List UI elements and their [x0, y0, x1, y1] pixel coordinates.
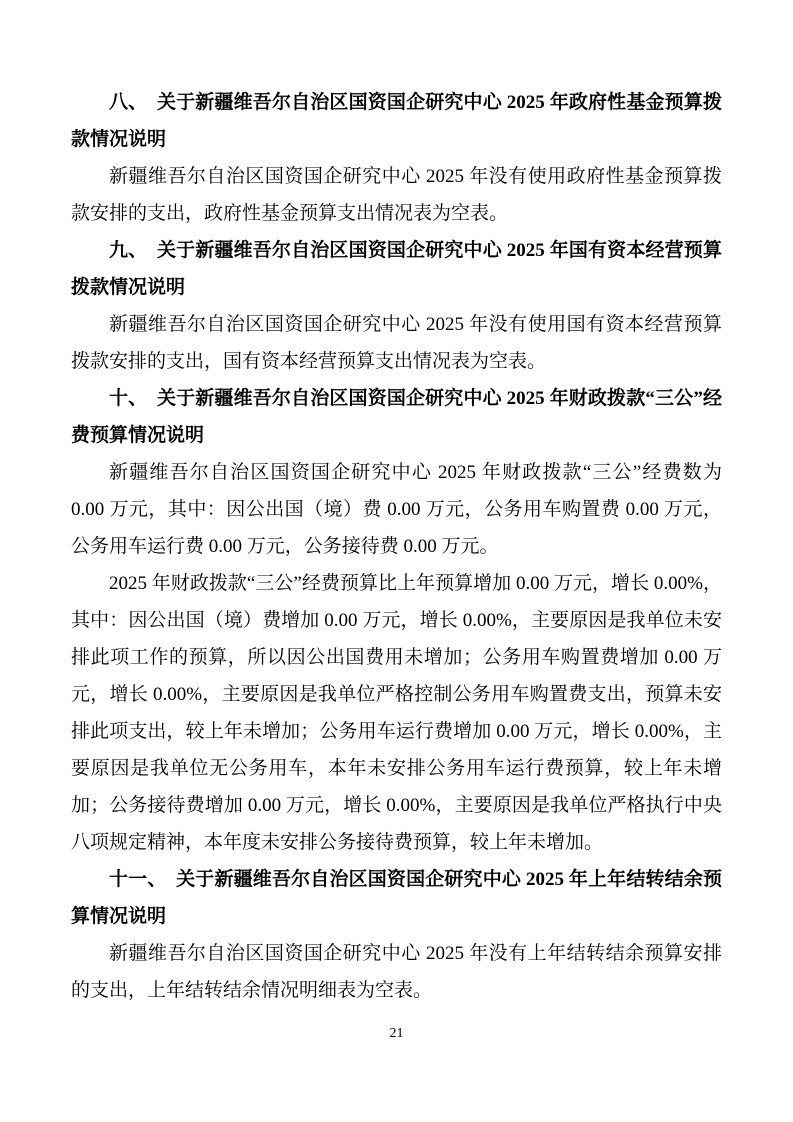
- section-4-heading: 十一、 关于新疆维吾尔自治区国资国企研究中心 2025 年上年结转结余预算情况说…: [71, 861, 722, 935]
- document-page: 八、 关于新疆维吾尔自治区国资国企研究中心 2025 年政府性基金预算拨款情况说…: [0, 0, 793, 1122]
- section-2-paragraph-1: 新疆维吾尔自治区国资国企研究中心 2025 年没有使用国有资本经营预算拨款安排的…: [71, 306, 722, 380]
- section-1-heading: 八、 关于新疆维吾尔自治区国资国企研究中心 2025 年政府性基金预算拨款情况说…: [71, 84, 722, 158]
- section-3-paragraph-1: 新疆维吾尔自治区国资国企研究中心 2025 年财政拨款“三公”经费数为 0.00…: [71, 454, 722, 565]
- section-3-heading: 十、 关于新疆维吾尔自治区国资国企研究中心 2025 年财政拨款“三公”经费预算…: [71, 380, 722, 454]
- section-1-paragraph-1: 新疆维吾尔自治区国资国企研究中心 2025 年没有使用政府性基金预算拨款安排的支…: [71, 158, 722, 232]
- page-number: 21: [0, 1022, 793, 1046]
- section-2-heading: 九、 关于新疆维吾尔自治区国资国企研究中心 2025 年国有资本经营预算拨款情况…: [71, 232, 722, 306]
- document-body: 八、 关于新疆维吾尔自治区国资国企研究中心 2025 年政府性基金预算拨款情况说…: [71, 84, 722, 1009]
- section-3-paragraph-2: 2025 年财政拨款“三公”经费预算比上年预算增加 0.00 万元，增长 0.0…: [71, 565, 722, 861]
- section-4-paragraph-1: 新疆维吾尔自治区国资国企研究中心 2025 年没有上年结转结余预算安排的支出，上…: [71, 935, 722, 1009]
